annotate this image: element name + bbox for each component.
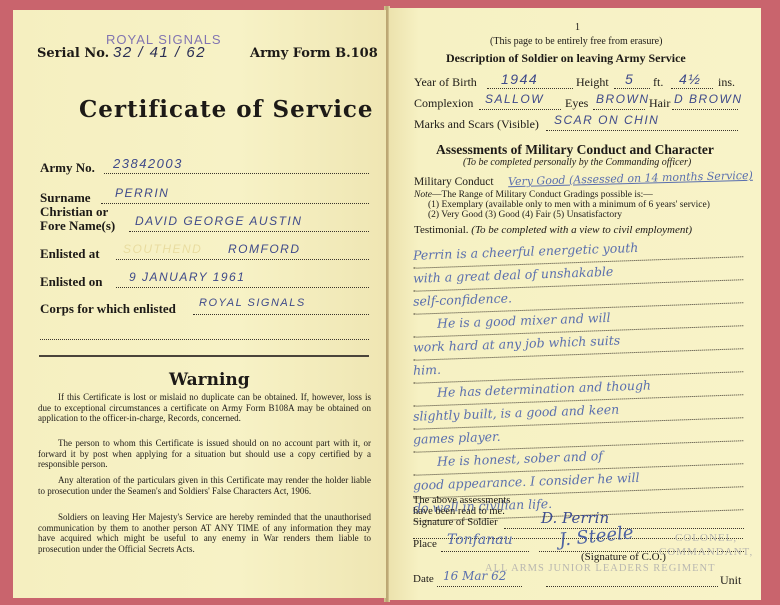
eyes-label: Eyes xyxy=(565,96,588,111)
ft-label: ft. xyxy=(653,75,663,90)
note-text: —The Range of Military Conduct Gradings … xyxy=(432,190,653,200)
year-of-birth-value: 1944 xyxy=(501,71,538,87)
enlisted-on-label: Enlisted on xyxy=(40,274,103,290)
enlisted-on-line xyxy=(116,287,369,288)
stamp-commandant: COMMANDANT, xyxy=(659,546,753,558)
testimonial-line: Testimonial. (To be completed with a vie… xyxy=(414,224,692,236)
note-label: Note xyxy=(414,190,432,200)
complexion-value: SALLOW xyxy=(485,92,544,106)
grade-line-1: (1) Exemplary (available only to men wit… xyxy=(428,200,710,210)
marks-value: SCAR ON CHIN xyxy=(554,113,659,127)
surname-line xyxy=(101,203,369,204)
warning-paragraph-2: The person to whom this Certificate is i… xyxy=(38,438,371,470)
testimonial-label: Testimonial. xyxy=(414,224,469,236)
army-no-value: 23842003 xyxy=(113,156,183,171)
corps-line xyxy=(193,314,369,315)
blank-line xyxy=(40,339,369,340)
height-ft-value: 5 xyxy=(625,71,634,87)
year-of-birth-line xyxy=(487,88,573,89)
fore-names-line xyxy=(129,231,369,232)
divider-rule xyxy=(39,355,369,357)
eyes-value: BROWN xyxy=(596,92,650,106)
hair-line xyxy=(672,109,738,110)
stamp-regiment: ALL ARMS JUNIOR LEADERS REGIMENT xyxy=(485,563,716,574)
enlisted-on-value: 9 JANUARY 1961 xyxy=(129,270,245,284)
certificate-title: Certificate of Service xyxy=(79,96,374,123)
army-no-label: Army No. xyxy=(40,160,95,176)
description-title: Description of Soldier on leaving Army S… xyxy=(446,51,686,66)
read-note: The above assessments have been read to … xyxy=(413,495,510,528)
enlisted-at-struck-value: SOUTHEND xyxy=(123,242,202,256)
hair-label: Hair xyxy=(649,96,670,111)
place-label: Place xyxy=(413,538,437,550)
height-ins-value: 4½ xyxy=(679,71,701,87)
date-line xyxy=(437,586,522,587)
place-line xyxy=(441,551,529,552)
surname-value: PERRIN xyxy=(115,186,169,200)
assessment-subtitle: (To be completed personally by the Comma… xyxy=(463,157,691,168)
warning-paragraph-3: Any alteration of the particulars given … xyxy=(38,475,371,496)
military-conduct-value: Very Good (Assessed on 14 months Service… xyxy=(508,169,753,188)
fore-names-value: DAVID GEORGE AUSTIN xyxy=(135,214,302,228)
unit-label: Unit xyxy=(720,573,741,588)
date-value: 16 Mar 62 xyxy=(443,569,506,583)
corps-value: ROYAL SIGNALS xyxy=(199,297,306,309)
warning-paragraph-4: Soldiers on leaving Her Majesty's Servic… xyxy=(38,512,371,554)
certificate-left-page: ROYAL SIGNALS Serial No. 32 / 41 / 62 Ar… xyxy=(13,10,386,598)
enlisted-at-label: Enlisted at xyxy=(40,246,100,262)
military-conduct-label: Military Conduct xyxy=(414,176,494,188)
height-ft-line xyxy=(614,88,650,89)
soldier-signature-label: Signature of Soldier xyxy=(413,517,510,528)
read-note-line-2: have been read to me. xyxy=(413,506,510,517)
hair-value: D BROWN xyxy=(674,92,743,106)
enlisted-at-value: ROMFORD xyxy=(228,242,301,256)
complexion-line xyxy=(479,109,561,110)
note-line: Note—The Range of Military Conduct Gradi… xyxy=(414,190,653,200)
eyes-line xyxy=(593,109,645,110)
warning-paragraph-1: If this Certificate is lost or mislaid n… xyxy=(38,392,371,424)
serial-value: 32 / 41 / 62 xyxy=(113,44,206,61)
warning-title: Warning xyxy=(169,370,250,390)
date-label: Date xyxy=(413,573,434,585)
height-ins-line xyxy=(671,88,713,89)
testimonial-note: (To be completed with a view to civil em… xyxy=(471,224,692,236)
year-of-birth-label: Year of Birth xyxy=(414,75,477,90)
serial-label: Serial No. xyxy=(37,46,109,61)
complexion-label: Complexion xyxy=(414,96,473,111)
assessment-title: Assessments of Military Conduct and Char… xyxy=(436,142,714,158)
unit-line xyxy=(546,586,718,587)
army-form-label: Army Form B.108 xyxy=(250,46,378,61)
stamp-colonel: COLONEL, xyxy=(675,532,737,544)
description-right-page: 1 (This page to be entirely free from er… xyxy=(389,8,761,600)
soldier-signature: D. Perrin xyxy=(541,509,609,527)
page-number: 1 xyxy=(575,22,580,33)
enlisted-at-line xyxy=(116,259,369,260)
marks-line xyxy=(546,130,738,131)
ins-label: ins. xyxy=(718,75,735,90)
marks-label: Marks and Scars (Visible) xyxy=(414,117,539,132)
grade-line-2: (2) Very Good (3) Good (4) Fair (5) Unsa… xyxy=(428,210,622,220)
place-value: Tonfanau xyxy=(447,532,513,548)
co-signature-label: (Signature of C.O.) xyxy=(581,551,666,563)
erasure-note: (This page to be entirely free from eras… xyxy=(490,36,662,47)
corps-label: Corps for which enlisted xyxy=(40,301,176,317)
fore-names-label: Fore Name(s) xyxy=(40,218,115,234)
height-label: Height xyxy=(576,75,609,90)
army-no-line xyxy=(104,173,369,174)
read-note-line-1: The above assessments xyxy=(413,495,510,506)
